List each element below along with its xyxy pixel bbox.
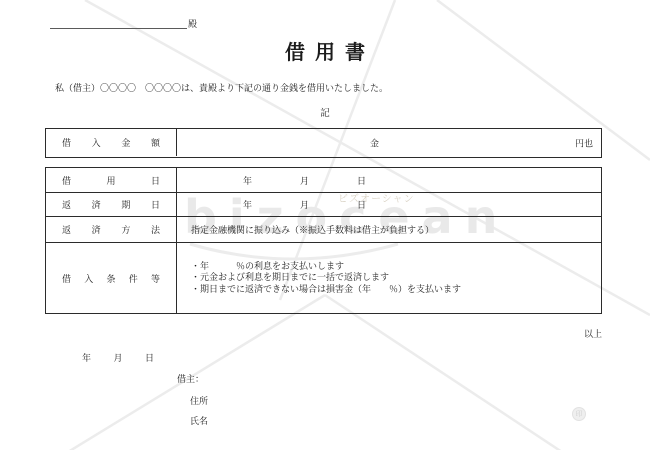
table-row-due-date: 返済期日 年 月 日 bbox=[46, 192, 601, 216]
signature-date: 年 月 日 bbox=[82, 351, 156, 364]
table-row-loan-date: 借用日 年 月 日 bbox=[46, 168, 601, 192]
row-label-cell: 借用日 bbox=[46, 168, 177, 192]
row-value: 年 月 日 bbox=[177, 193, 601, 216]
amount-table: 借入金額 金 円也 bbox=[45, 128, 602, 158]
row-value: 年 月 日 bbox=[177, 168, 601, 192]
row-label-cell: 返済方法 bbox=[46, 217, 177, 242]
table-row-loan-conditions: 借入条件等 ・年 ％の利息をお支払いします ・元金および利息を期日までに一括で返… bbox=[46, 242, 601, 313]
row-label-cell: 返済期日 bbox=[46, 193, 177, 216]
table-row: 借入金額 金 円也 bbox=[46, 129, 601, 156]
condition-item: ・期日までに返済できない場合は損害金（年 ％）を支払います bbox=[191, 284, 461, 296]
note-heading: 記 bbox=[0, 105, 650, 119]
row-label: 借用日 bbox=[46, 174, 176, 187]
amount-unit: 円也 bbox=[575, 136, 593, 149]
table-row-repayment-method: 返済方法 指定金融機関に振り込み（※振込手数料は借主が負担する） bbox=[46, 216, 601, 242]
row-label: 借入条件等 bbox=[46, 272, 176, 285]
amount-prefix: 金 bbox=[370, 136, 379, 149]
recipient-line: 殿 bbox=[50, 18, 197, 29]
address-label: 住所 bbox=[190, 394, 208, 407]
recipient-blank-underline bbox=[50, 18, 187, 29]
amount-label: 借入金額 bbox=[46, 136, 176, 149]
recipient-suffix: 殿 bbox=[188, 19, 197, 29]
page-title: 借用書 bbox=[0, 36, 650, 65]
intro-text: 私（借主）〇〇〇〇 〇〇〇〇は、貴殿より下記の通り金銭を借用いたしました。 bbox=[55, 81, 388, 94]
amount-value-cell: 金 円也 bbox=[177, 129, 601, 156]
borrower-label: 借主： bbox=[177, 372, 204, 385]
row-label: 返済方法 bbox=[46, 223, 176, 236]
seal-placeholder: 印 bbox=[572, 407, 586, 421]
condition-item: ・元金および利息を期日までに一括で返済します bbox=[191, 272, 461, 284]
row-value-conditions: ・年 ％の利息をお支払いします ・元金および利息を期日までに一括で返済します ・… bbox=[177, 243, 601, 313]
row-label: 返済期日 bbox=[46, 198, 176, 211]
details-table: 借用日 年 月 日 返済期日 年 月 日 返済方法 指定金融機関に振り込み（※振… bbox=[45, 167, 602, 314]
conditions-list: ・年 ％の利息をお支払いします ・元金および利息を期日までに一括で返済します ・… bbox=[191, 261, 461, 296]
condition-item: ・年 ％の利息をお支払いします bbox=[191, 261, 461, 273]
name-label: 氏名 bbox=[190, 414, 208, 427]
row-value: 指定金融機関に振り込み（※振込手数料は借主が負担する） bbox=[177, 217, 601, 242]
closing-text: 以上 bbox=[0, 327, 602, 340]
document-page: ビズオーシャン bizocean 殿 借用書 私（借主）〇〇〇〇 〇〇〇〇は、貴… bbox=[0, 0, 650, 450]
row-label-cell: 借入条件等 bbox=[46, 243, 177, 313]
amount-label-cell: 借入金額 bbox=[46, 129, 177, 156]
